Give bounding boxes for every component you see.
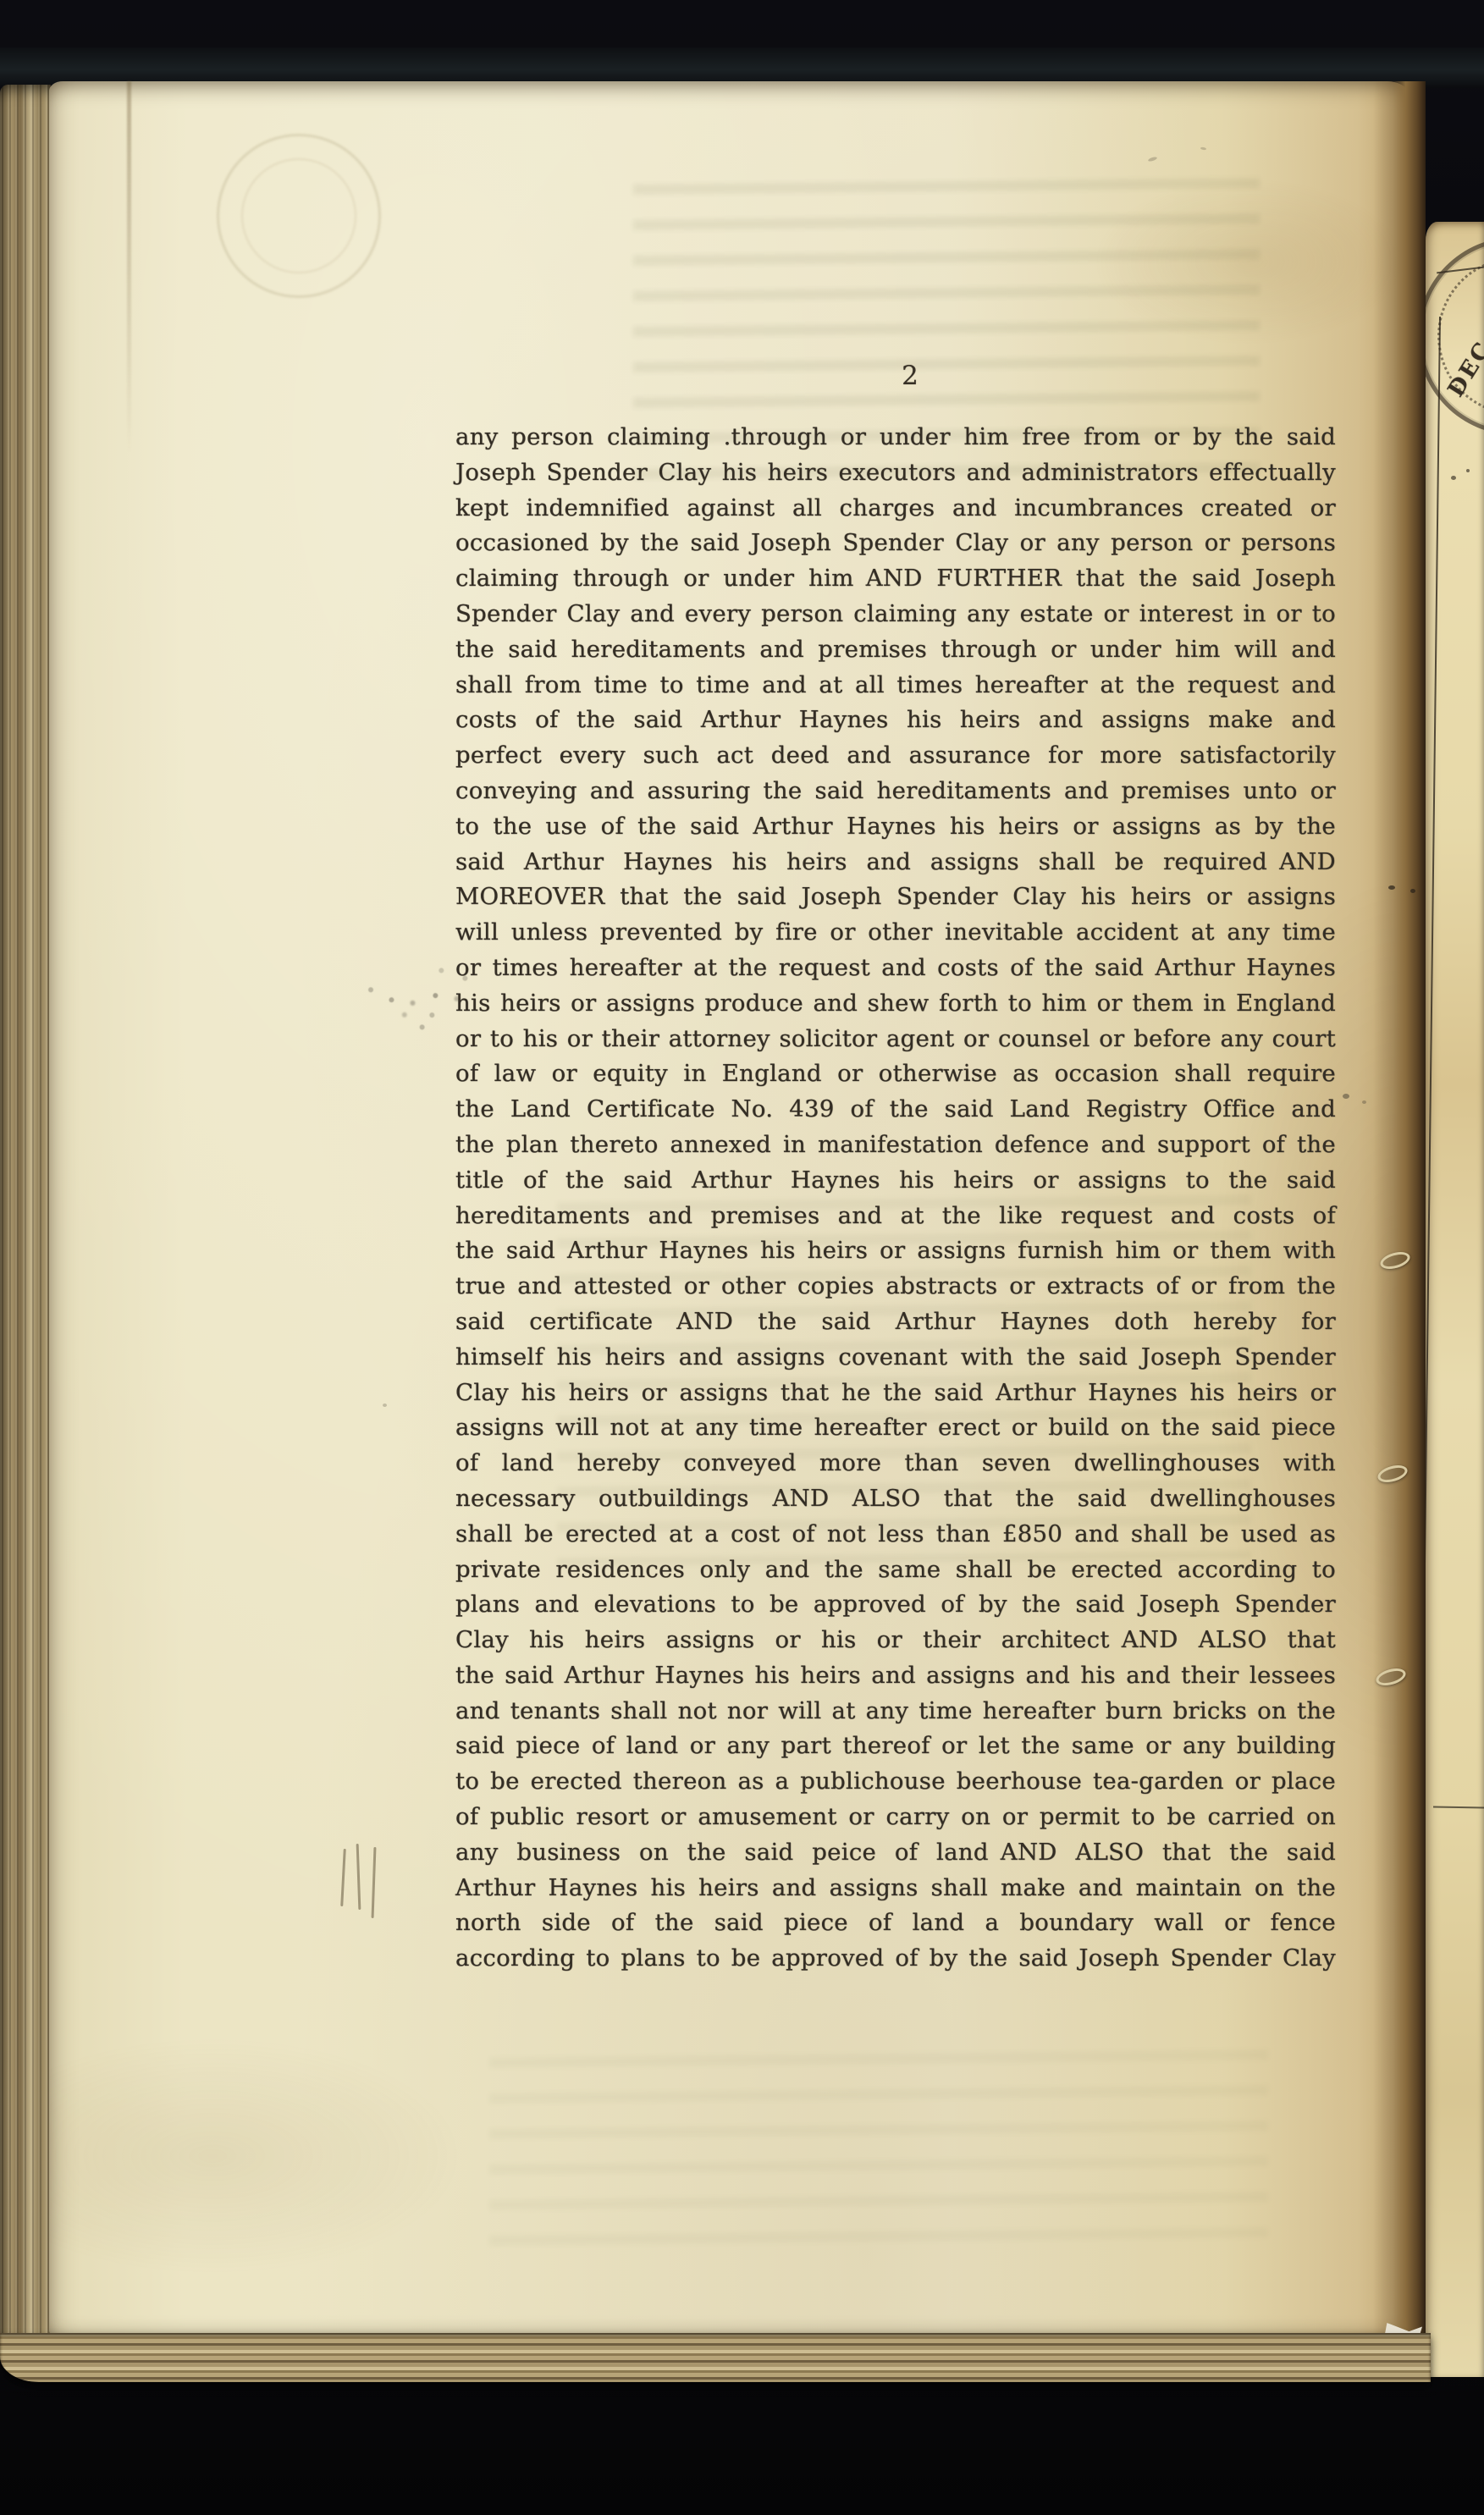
text-line: shall from time to time and at all times… [455,668,1336,703]
text-line: the plan thereto annexed in manifestatio… [455,1128,1336,1163]
text-line: Spender Clay and every person claiming a… [455,597,1336,632]
text-line: costs of the said Arthur Haynes his heir… [455,703,1336,738]
text-line: any person claiming .through or under hi… [455,420,1336,455]
text-line: occasioned by the said Joseph Spender Cl… [455,526,1336,561]
text-line: private residences only and the same sha… [455,1553,1336,1588]
verso-showthrough [489,2049,1268,2270]
text-line: said Arthur Haynes his heirs and assigns… [455,845,1336,880]
text-line: assigns will not at any time hereafter e… [455,1410,1336,1446]
text-line: Clay his heirs or assigns that he the sa… [455,1376,1336,1411]
text-line: and tenants shall not nor will at any ti… [455,1694,1336,1729]
text-line: or times hereafter at the request and co… [455,951,1336,986]
ink-speck [1343,1094,1349,1099]
document-page: 2 any person claiming .through or under … [49,81,1412,2336]
text-line: of land hereby conveyed more than seven … [455,1446,1336,1481]
margin-pen-marks [340,1844,391,1920]
text-line: the said hereditaments and premises thro… [455,632,1336,668]
text-line: of law or equity in England or otherwise… [455,1056,1336,1092]
stitch-thread [1378,1249,1412,1271]
text-line: himself his heirs and assigns covenant w… [455,1340,1336,1376]
text-line: title of the said Arthur Haynes his heir… [455,1163,1336,1199]
stitch-thread [1374,1665,1408,1688]
text-line: any business on the said peice of land A… [455,1835,1336,1871]
text-line: Arthur Haynes his heirs and assigns shal… [455,1871,1336,1906]
paper-crease [127,81,131,454]
text-line: to be erected thereon as a publichouse b… [455,1764,1336,1800]
book-gutter [1373,81,1426,2350]
text-line: the said Arthur Haynes his heirs and ass… [455,1658,1336,1694]
ink-speck [1410,889,1415,893]
page-stack-left-edge [0,85,51,2372]
text-line: said certificate AND the said Arthur Hay… [455,1304,1336,1340]
printed-border-line [1426,317,1441,1803]
text-line: to the use of the said Arthur Haynes his… [455,809,1336,845]
deed-text-block: any person claiming .through or under hi… [455,420,1336,1977]
stitch-thread [1376,1462,1410,1485]
text-line: necessary outbuildings AND ALSO that the… [455,1481,1336,1517]
page-stack-bottom-edge [0,2333,1431,2382]
next-page-edge: DEC.22 [1426,222,1484,2377]
text-line: of public resort or amusement or carry o… [455,1800,1336,1835]
ink-speck [1388,885,1395,890]
text-line: north side of the said piece of land a b… [455,1906,1336,1941]
ink-speck [383,1404,387,1407]
text-line: hereditaments and premises and at the li… [455,1199,1336,1234]
embossed-stamp-ghost-inner [241,158,356,273]
text-line: true and attested or other copies abstra… [455,1269,1336,1304]
ink-speck [1148,156,1158,162]
text-line: his heirs or assigns produce and shew fo… [455,986,1336,1022]
text-line: plans and elevations to be approved of b… [455,1587,1336,1623]
ink-speck [1451,476,1456,480]
text-line: the Land Certificate No. 439 of the said… [455,1092,1336,1128]
text-line: claiming through or under him AND FURTHE… [455,561,1336,597]
text-line: shall be erected at a cost of not less t… [455,1517,1336,1553]
printed-border-line-bottom [1433,1806,1484,1808]
text-line: Joseph Spender Clay his heirs executors … [455,455,1336,491]
text-line: kept indemnified against all charges and… [455,491,1336,527]
text-line: Clay his heirs assigns or his or their a… [455,1623,1336,1658]
text-line: the said Arthur Haynes his heirs or assi… [455,1233,1336,1269]
text-line: or to his or their attorney solicitor ag… [455,1022,1336,1057]
text-line: will unless prevented by fire or other i… [455,915,1336,951]
embossed-stamp-ghost [217,134,381,298]
ink-speck [1466,469,1470,472]
text-line: conveying and assuring the said heredita… [455,774,1336,809]
text-line: said piece of land or any part thereof o… [455,1729,1336,1764]
text-line: according to plans to be approved of by … [455,1941,1336,1977]
page-number: 2 [455,361,1336,391]
ink-speck [1200,146,1206,150]
date-stamp: DEC.22 [1426,237,1484,435]
ink-speck [1362,1100,1366,1104]
ink-smudge [347,955,353,961]
text-line: MOREOVER that the said Joseph Spender Cl… [455,880,1336,915]
text-line: perfect every such act deed and assuranc… [455,738,1336,774]
book-scan: 2 any person claiming .through or under … [0,0,1484,2515]
